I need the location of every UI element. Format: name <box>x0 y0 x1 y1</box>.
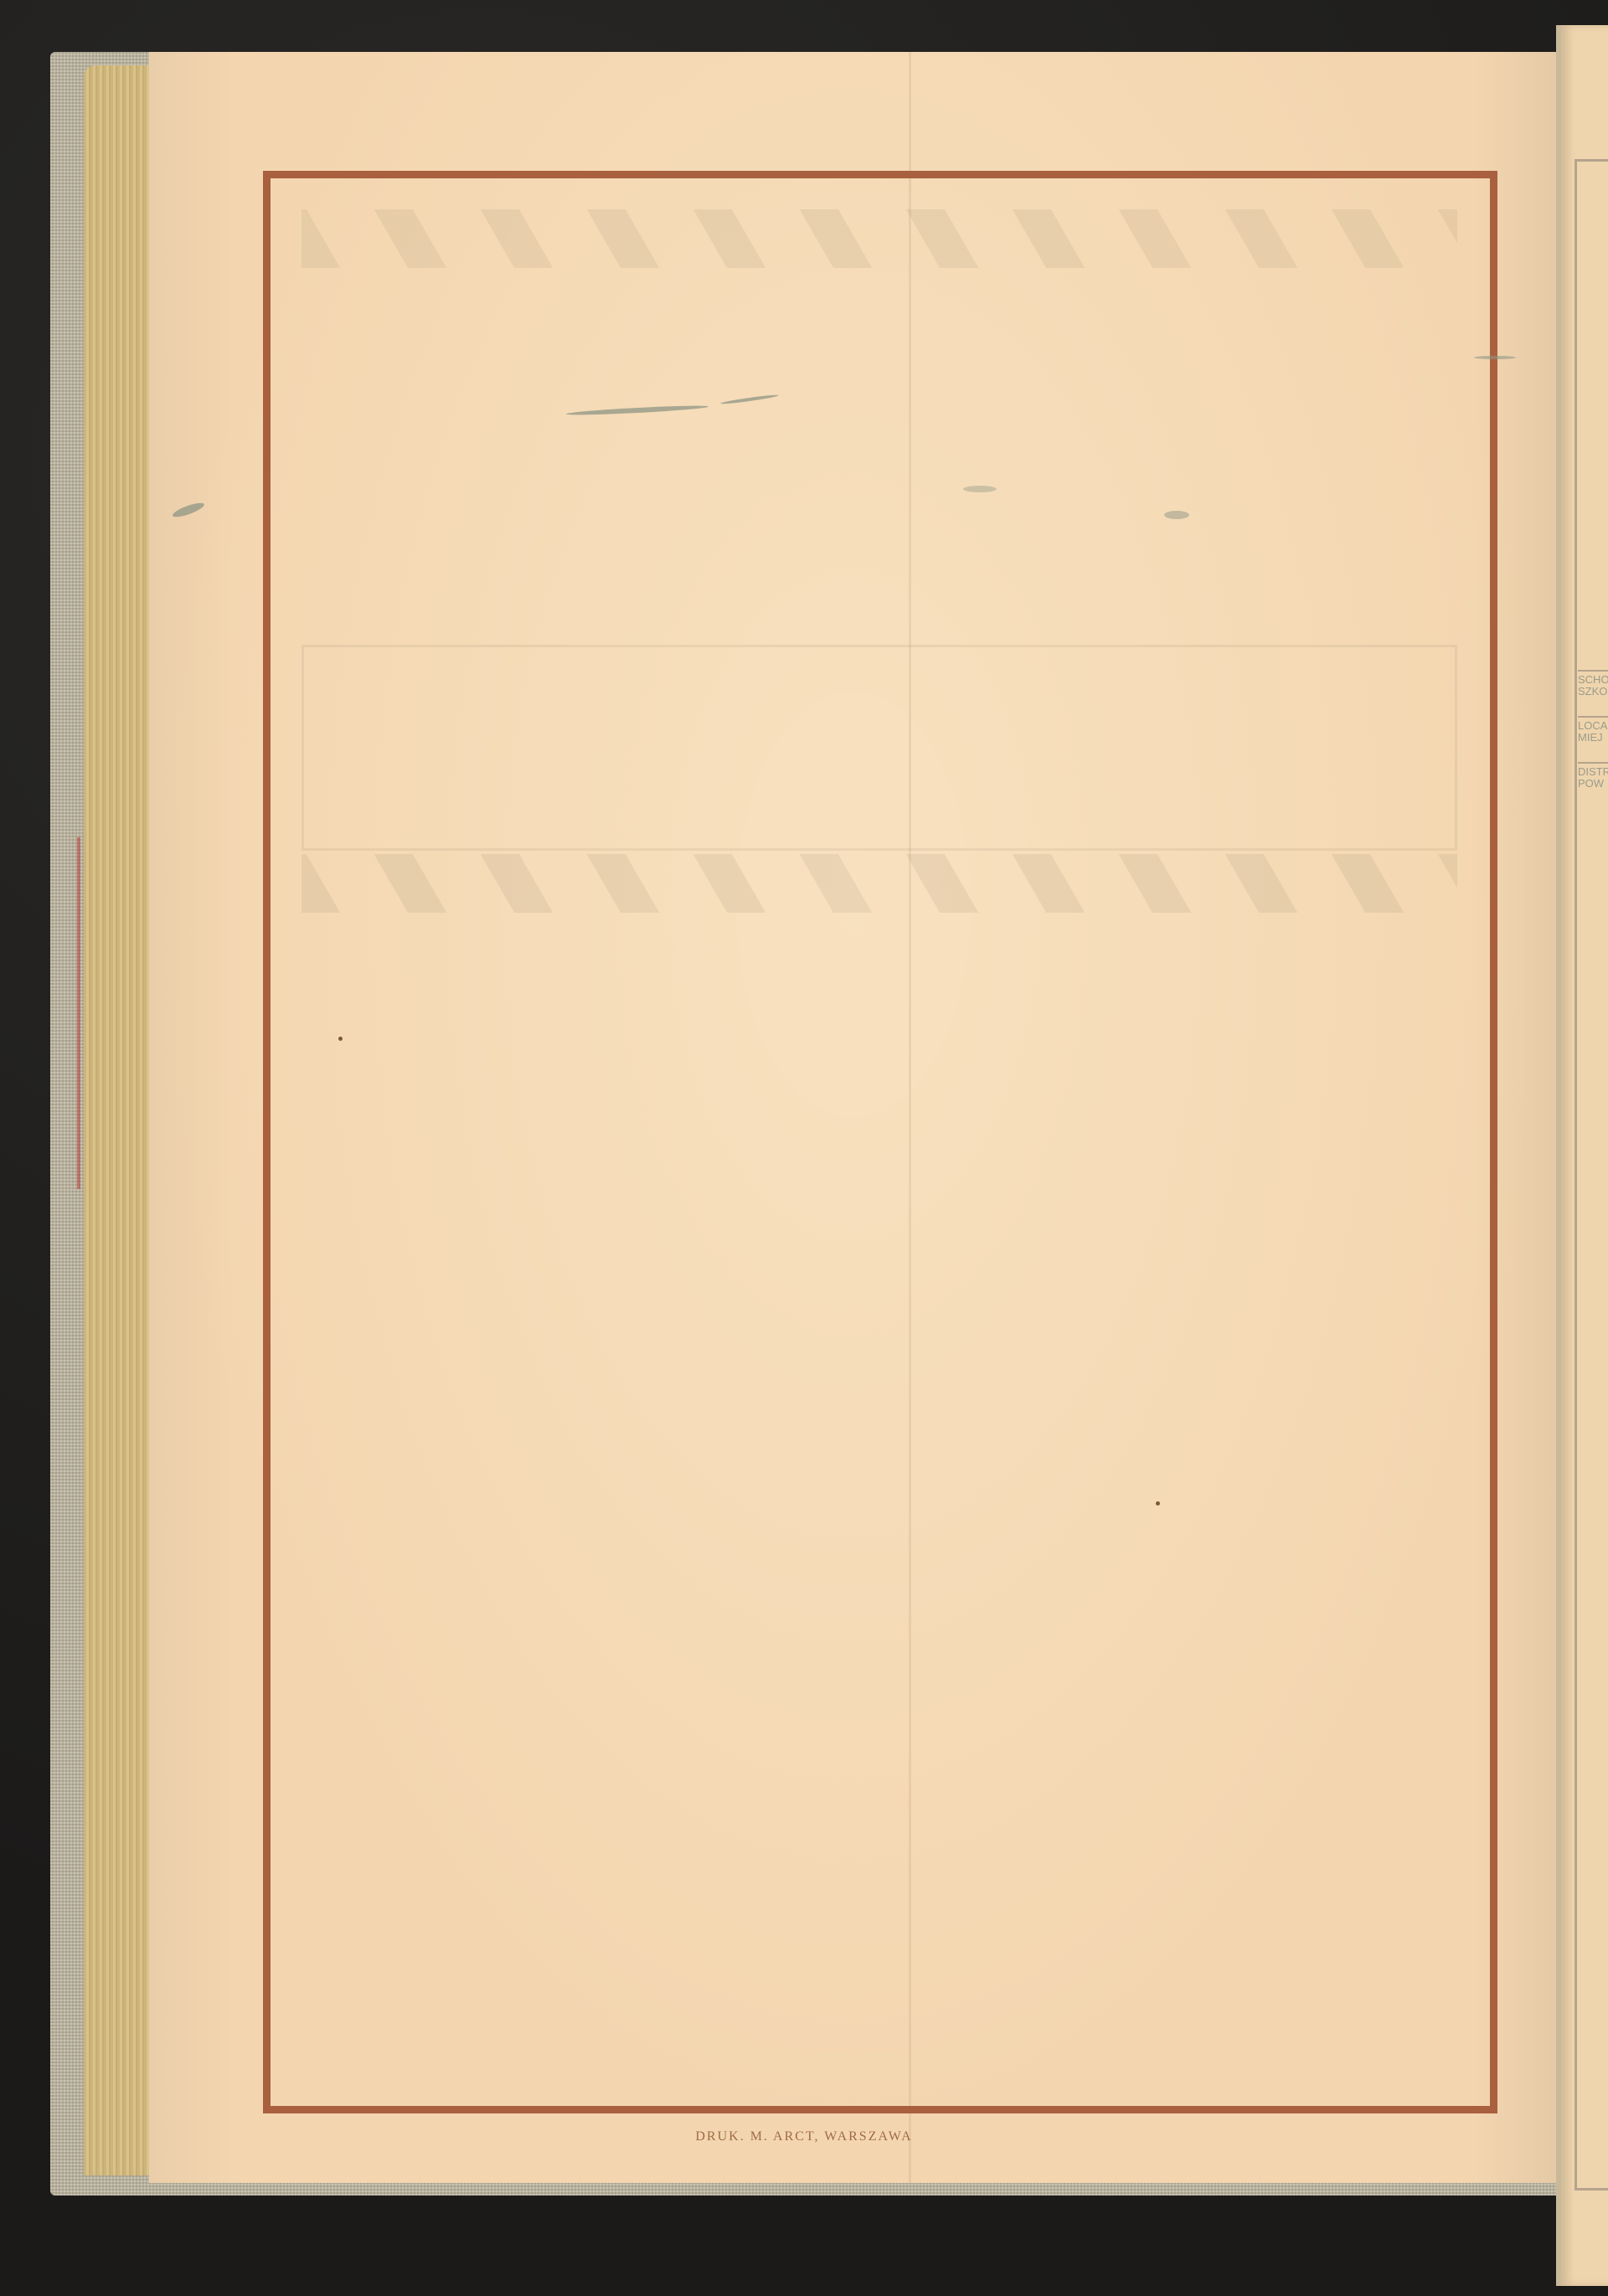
paper-spot <box>338 1037 343 1041</box>
page-block-edges <box>84 65 159 2175</box>
facing-header: SCHO <box>1578 673 1608 686</box>
printer-imprint: DRUK. M. ARCT, WARSZAWA <box>0 2129 1608 2144</box>
paper-spot <box>1156 1501 1160 1506</box>
red-page-edge-mark <box>77 837 80 1189</box>
ink-smudge <box>1164 511 1189 519</box>
facing-page-edge: SCHO SZKO LOCA MIEJ DISTR POW <box>1556 25 1608 2286</box>
decorative-border-frame <box>263 171 1497 2113</box>
facing-page-headers: SCHO SZKO LOCA MIEJ DISTR POW <box>1578 670 1608 808</box>
facing-header: LOCA <box>1578 719 1607 732</box>
ink-smudge <box>1474 356 1516 359</box>
facing-header: DISTR <box>1578 765 1608 778</box>
facing-header: MIEJ <box>1578 731 1603 744</box>
facing-header: POW <box>1578 777 1604 790</box>
facing-page-frame <box>1574 159 1608 2190</box>
ink-smudge <box>963 486 997 492</box>
facing-header: SZKO <box>1578 685 1607 698</box>
